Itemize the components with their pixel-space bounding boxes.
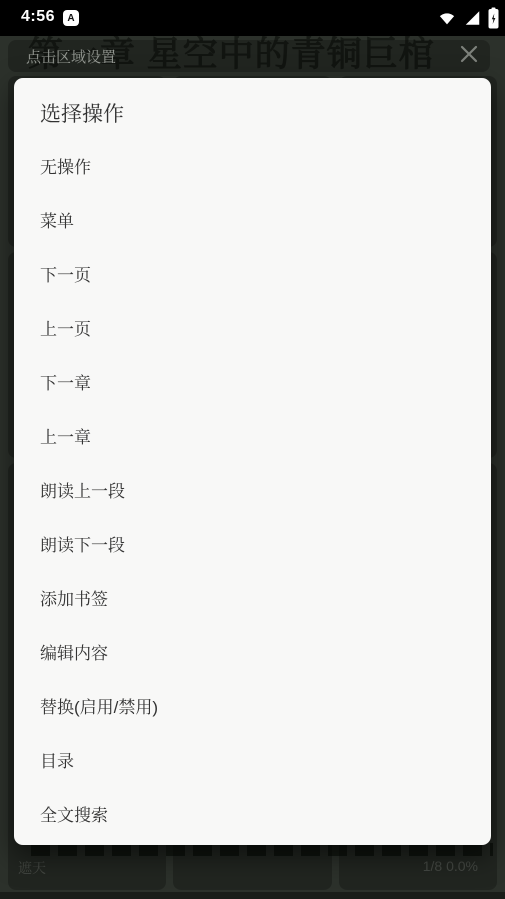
- screen: 4:56 A 第一章 星空中的青铜巨棺 遮天 1/8 0.0%: [0, 0, 505, 899]
- dialog-item[interactable]: 替换(启用/禁用): [14, 678, 491, 732]
- dialog-item[interactable]: 目录: [14, 732, 491, 786]
- dialog-item[interactable]: 下一页: [14, 246, 491, 300]
- dialog-item[interactable]: 全文搜索: [14, 786, 491, 840]
- dialog-title: 选择操作: [14, 78, 491, 138]
- dialog-item[interactable]: 下一章: [14, 354, 491, 408]
- dialog-item[interactable]: 菜单: [14, 192, 491, 246]
- navigation-bar-area: [0, 892, 505, 899]
- dialog-item[interactable]: 朗读上一段: [14, 462, 491, 516]
- dialog-item-list: 无操作菜单下一页上一页下一章上一章朗读上一段朗读下一段添加书签编辑内容替换(启用…: [14, 138, 491, 840]
- notification-app-icon: A: [63, 10, 79, 26]
- dialog-item[interactable]: 上一页: [14, 300, 491, 354]
- click-region-settings-label: 点击区域设置: [26, 40, 116, 72]
- dialog-item[interactable]: 无操作: [14, 138, 491, 192]
- battery-charging-icon: [488, 7, 499, 29]
- dialog-item[interactable]: 添加书签: [14, 570, 491, 624]
- close-button[interactable]: [454, 41, 484, 71]
- status-bar: 4:56 A: [0, 0, 505, 36]
- dialog-item[interactable]: 上一章: [14, 408, 491, 462]
- dialog-item[interactable]: 朗读下一段: [14, 516, 491, 570]
- cellular-signal-icon: [463, 9, 482, 27]
- select-action-dialog: 选择操作 无操作菜单下一页上一页下一章上一章朗读上一段朗读下一段添加书签编辑内容…: [14, 78, 491, 845]
- wifi-icon: [437, 9, 457, 27]
- dialog-item[interactable]: 编辑内容: [14, 624, 491, 678]
- status-time: 4:56: [21, 8, 55, 26]
- close-icon: [458, 43, 480, 70]
